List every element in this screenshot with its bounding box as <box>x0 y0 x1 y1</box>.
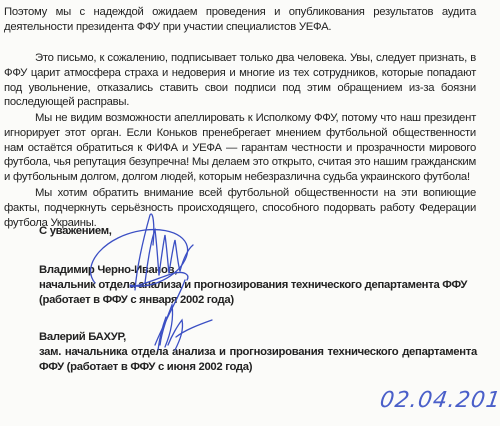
signatory-1-name: Владимир Черно-Иванов, <box>39 263 479 278</box>
paragraph-3: Мы не видим возможности апеллировать к И… <box>4 111 476 185</box>
signatory-2-title: зам. начальника отдела анализа и прогноз… <box>39 345 477 375</box>
paragraph-4-text: Мы хотим обратить внимание всей футбольн… <box>4 187 476 229</box>
letter-page: Поэтому мы с надеждой ожидаем проведения… <box>0 0 500 426</box>
paragraph-1-text: Поэтому мы с надеждой ожидаем проведения… <box>4 6 476 33</box>
paragraph-1: Поэтому мы с надеждой ожидаем проведения… <box>4 5 476 35</box>
paragraph-2: Это письмо, к сожалению, подписывает тол… <box>4 51 476 110</box>
handwritten-date: 02.04.2014 <box>378 388 500 413</box>
signatory-1-title: начальник отдела анализа и прогнозирован… <box>39 278 477 308</box>
signatory-2-name: Валерий БАХУР, <box>39 330 479 345</box>
paragraph-3-text: Мы не видим возможности апеллировать к И… <box>4 112 476 183</box>
paragraph-2-text: Это письмо, к сожалению, подписывает тол… <box>4 52 476 108</box>
closing-text: С уважением, <box>39 224 479 239</box>
